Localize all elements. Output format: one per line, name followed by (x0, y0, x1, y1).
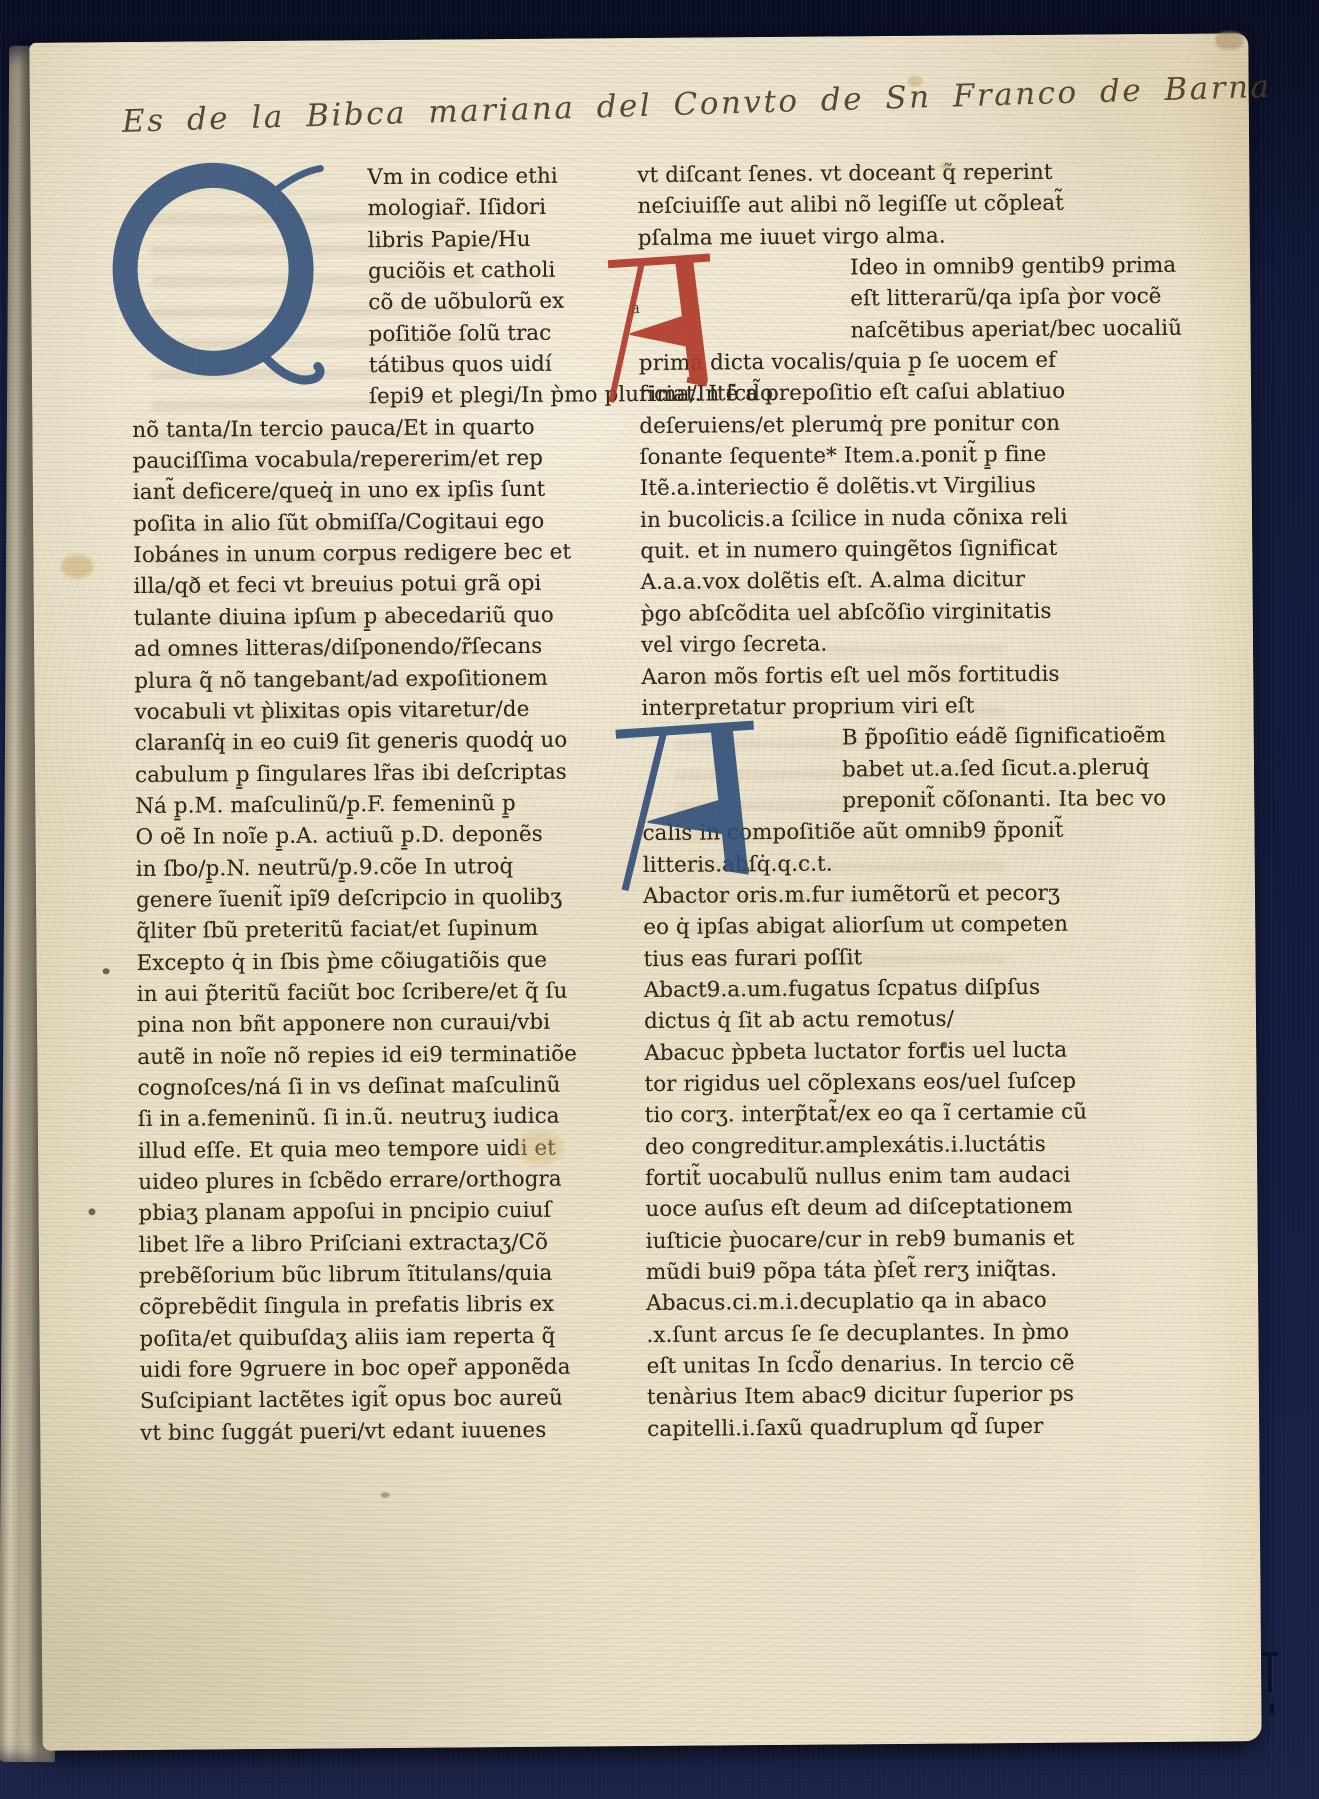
text-line: fortit̃ uocabulũ nullus enim tam audaci (645, 1160, 1063, 1195)
right-top-paragraph: vt diſcant ſenes. vt doceant q̃ reperint… (637, 157, 1056, 254)
ink-speck (88, 1208, 95, 1215)
text-line: prebẽſorium bũc librum ĩtitulans/quia (139, 1258, 569, 1293)
blue-initial-a (642, 723, 843, 819)
book-page: Es de la Bibca mariana del Convto de Sn … (29, 33, 1261, 1751)
q-initial-glyph (106, 166, 332, 412)
text-line: tio corʒ. interp̃tat̃/ex eo qa ĩ certami… (645, 1097, 1063, 1132)
text-line: quit. et in numero quingẽtos ſignificat (640, 533, 1058, 568)
right-text-column: vt diſcant ſenes. vt doceant q̃ reperint… (637, 157, 1065, 1445)
text-line: ſonante ſequente* Item.a.ponit̃ p̱ fine (639, 439, 1057, 474)
a-initial-glyph (606, 249, 727, 410)
corner-damage (1215, 31, 1243, 49)
text-line: illa/qð et feci vt breuius potui grã opi (133, 568, 563, 603)
stain (381, 1492, 390, 1498)
text-line: .x.ſunt arcus ſe ſe decuplantes. In p̀mo (646, 1316, 1064, 1351)
text-line: q̃liter ſbũ preteritũ faciat/et ſupinum (136, 913, 566, 948)
text-line: cabulum p̱ ſingulares lr̃as ibi deſcript… (135, 756, 565, 791)
text-line: Abacuc p̀pbeta luctator fortis uel lucta (644, 1034, 1062, 1069)
text-line: in ſbo/p̱.N. neutrũ/p̱.9.cõe In utroq̇ (136, 850, 566, 885)
text-line: A.a.a.vox dolẽtis eſt. A.alma dicitur (640, 564, 1058, 599)
ex-libris-inscription: Es de la Bibca mariana del Convto de Sn … (121, 78, 982, 140)
text-line: uideo plures in ſcbẽdo errare/orthogra (138, 1164, 568, 1199)
text-line: vt binc ſuggát pueri/vt edant iuuenes (140, 1414, 570, 1449)
text-line: Iobánes in unum corpus redigere bec et (133, 537, 563, 572)
text-line: Suſcipiant lactẽtes igit̃ opus boc aureũ (140, 1383, 570, 1418)
right-bottom-paragraph: calis in compoſitiõe aũt omnib9 p̃ponit̃… (642, 815, 1065, 1445)
ink-speck (103, 968, 110, 974)
text-line: autẽ in noĩe nõ repies id ei9 terminatiõ… (137, 1038, 567, 1073)
cloth-emboss-mark (1262, 1652, 1280, 1714)
text-line: iuſticie p̀uocare/cur in reb9 bumanis et (646, 1222, 1064, 1257)
text-line: neſciuiſſe aut alibi nõ legiſſe ut cõple… (637, 188, 1055, 223)
text-line: cognoſces/ná ſi in vs deſinat maſculinũ (137, 1070, 567, 1105)
text-line: in bucolicis.a ſcilice in nuda cõnixa re… (640, 502, 1058, 537)
text-line: Aaron mõs fortis eſt uel mõs fortitudis (641, 658, 1059, 693)
left-paragraph: ſepi9 et plegi/In p̀mo plurima/In ſcd̃on… (132, 380, 570, 1449)
red-initial-a: a (638, 252, 851, 348)
stain (61, 554, 93, 578)
text-line: vt diſcant ſenes. vt doceant q̃ reperint (637, 157, 1055, 192)
text-line: deo congreditur.amplexátis.i.luctátis (645, 1128, 1063, 1163)
text-line: Abact9.a.um.fugatus ſcpatus diſpſus (644, 972, 1062, 1007)
text-line: Itẽ.a.interiectio ẽ dolẽtis.vt Virgilius (640, 470, 1058, 505)
text-line: uidi fore 9gruere in boc oper̃ apponẽda (140, 1352, 570, 1387)
text-line: pauciſſima vocabula/repererim/et rep (132, 443, 562, 478)
text-line: poſita/et quibuſdaʒ aliis iam reperta q̃ (139, 1320, 569, 1355)
a-initial-glyph (616, 717, 787, 898)
text-line: nõ tanta/In tercio pauca/Et in quarto (132, 411, 562, 446)
text-line: pina non bñt apponere non curaui/vbi (137, 1007, 567, 1042)
text-line: vel virgo ſecreta. (641, 627, 1059, 662)
text-line: libet lr̃e a libro Priſciani extractaʒ/C… (139, 1226, 569, 1261)
text-line: plura q̃ nõ tangebant/ad expoſitionem (134, 662, 564, 697)
text-line: Abacus.ci.m.i.decuplatio qa in abaco (646, 1285, 1064, 1320)
text-line: ad omnes litteras/diſponendo/r̃ſecans (134, 631, 564, 666)
text-line: Ná p̱.M. maſculinũ/p̱.F. femeninũ p̱ (135, 788, 565, 823)
text-line: genere ĩuenit̃ ipĩ9 deſcripcio in quolib… (136, 882, 566, 917)
text-line: iant̃ deficere/queq̇ in uno ex ipſis ſun… (133, 474, 563, 509)
text-line: O oẽ In noĩe p̱.A. actiuũ p̱.D. deponẽs (135, 819, 565, 854)
text-line: tor rigidus uel cõplexans eos/uel ſuſcep (644, 1066, 1062, 1101)
text-line: illud eſſe. Et quia meo tempore uidi et (138, 1132, 568, 1167)
text-line: tius eas furari poſſit (643, 940, 1061, 975)
text-line: dictus q̇ ſit ab actu remotus/ (644, 1003, 1062, 1038)
text-line: poſita in alio ſũt obmiſſa/Cogitaui ego (133, 505, 563, 540)
text-line: eſt unitas In ſcd̃o denarius. In tercio … (647, 1348, 1065, 1383)
text-line: claranſq̇ in eo cui9 ſit generis quodq̇ … (135, 725, 565, 760)
text-line: Excepto q̇ in ſbis p̀me cõiugatiõis que (136, 944, 566, 979)
text-line: deſeruiens/et plerumq̇ pre ponitur con (639, 408, 1057, 443)
text-line: capitelli.i.ſaxũ quadruplum qd̃ ſuper (647, 1410, 1065, 1445)
text-line: in aui p̃teritũ faciũt boc ſcribere/et q… (137, 976, 567, 1011)
left-text-column: Vm in codice ethimologiar̃. Iſidorilibri… (130, 161, 570, 1449)
photo-backdrop: Es de la Bibca mariana del Convto de Sn … (0, 0, 1319, 1799)
drop-cap-q (130, 162, 369, 384)
text-line: tenàrius Item abac9 dicitur ſuperior ps (647, 1379, 1065, 1414)
text-line: eo q̇ ipſas abigat aliorſum ut competen (643, 909, 1061, 944)
text-line: cõprebẽdit ſingula in prefatis libris ex (139, 1289, 569, 1324)
text-line: vocabuli vt p̀lixitas opis vitaretur/de (134, 693, 564, 728)
text-line: p̀go abſcõdita uel abſcõſio virginitatis (641, 596, 1059, 631)
text-line: uoce auſus eſt deum ad diſceptationem (645, 1191, 1063, 1226)
text-line: mũdi bui9 põpa táta p̀ſet̃ rerʒ iniq̃tas… (646, 1254, 1064, 1289)
aaron-paragraph: Aaron mõs fortis eſt uel mõs fortitudisi… (641, 658, 1059, 724)
text-line: tulante diuina ipſum p̱ abecedariũ quo (134, 599, 564, 634)
text-line: ſi in a.femeninũ. ſi in.ũ. neutruʒ iudic… (138, 1101, 568, 1136)
text-line: pbiaʒ planam appoſui in pncipio cuiuſ (138, 1195, 568, 1230)
